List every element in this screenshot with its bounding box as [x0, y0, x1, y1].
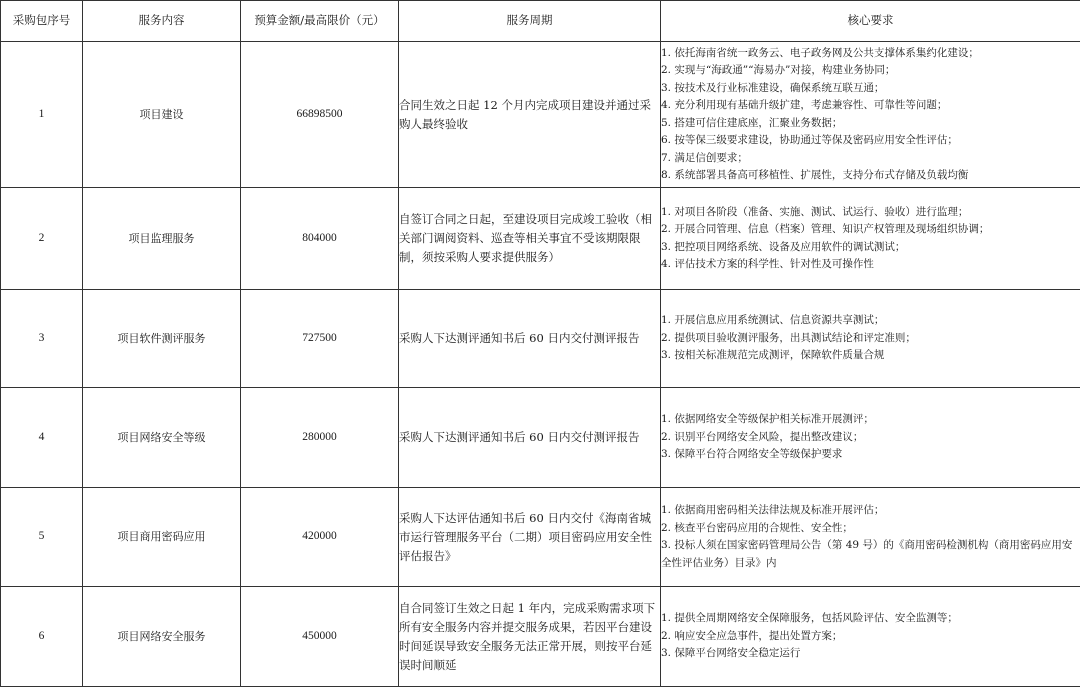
table-row: 4 项目网络安全等级 280000 采购人下达测评通知书后 60 日内交付测评报…	[1, 388, 1080, 488]
requirement-item: 1. 对项目各阶段（准备、实施、测试、试运行、验收）进行监理；	[661, 204, 1080, 222]
requirement-item: 7. 满足信创要求；	[661, 150, 1080, 168]
requirement-item: 3. 保障平台网络安全稳定运行	[661, 645, 1080, 663]
cell-core-requirements: 1. 依据网络安全等级保护相关标准开展测评； 2. 识别平台网络安全风险，提出整…	[661, 388, 1080, 488]
table-row: 5 项目商用密码应用 420000 采购人下达评估通知书后 60 日内交付《海南…	[1, 488, 1080, 587]
cell-budget: 450000	[241, 587, 399, 687]
cell-service-content: 项目建设	[83, 42, 241, 188]
requirement-item: 6. 按等保三级要求建设，协助通过等保及密码应用安全性评估；	[661, 132, 1080, 150]
requirement-item: 2. 实现与“海政通”“海易办”对接，构建业务协同；	[661, 62, 1080, 80]
header-core-requirements: 核心要求	[661, 1, 1080, 42]
requirement-item: 2. 提供项目验收测评服务，出具测试结论和评定准则；	[661, 330, 1080, 348]
cell-service-period: 采购人下达评估通知书后 60 日内交付《海南省城市运行管理服务平台（二期）项目密…	[399, 488, 661, 587]
cell-core-requirements: 1. 依据商用密码相关法律法规及标准开展评估； 2. 核查平台密码应用的合规性、…	[661, 488, 1080, 587]
cell-service-period: 自签订合同之日起，至建设项目完成竣工验收（相关部门调阅资料、巡查等相关事宜不受该…	[399, 188, 661, 290]
table-row: 1 项目建设 66898500 合同生效之日起 12 个月内完成项目建设并通过采…	[1, 42, 1080, 188]
table-header-row: 采购包序号 服务内容 预算金额/最高限价（元） 服务周期 核心要求	[1, 1, 1080, 42]
requirement-item: 1. 依据商用密码相关法律法规及标准开展评估；	[661, 502, 1080, 520]
requirement-item: 2. 响应安全应急事件，提出处置方案；	[661, 628, 1080, 646]
table-row: 6 项目网络安全服务 450000 自合同签订生效之日起 1 年内，完成采购需求…	[1, 587, 1080, 687]
table-row: 2 项目监理服务 804000 自签订合同之日起，至建设项目完成竣工验收（相关部…	[1, 188, 1080, 290]
requirement-item: 2. 开展合同管理、信息（档案）管理、知识产权管理及现场组织协调；	[661, 221, 1080, 239]
requirement-item: 1. 提供全周期网络安全保障服务，包括风险评估、安全监测等；	[661, 610, 1080, 628]
requirement-item: 1. 开展信息应用系统测试、信息资源共享测试；	[661, 312, 1080, 330]
requirement-item: 1. 依托海南省统一政务云、电子政务网及公共支撑体系集约化建设；	[661, 45, 1080, 63]
cell-service-period: 合同生效之日起 12 个月内完成项目建设并通过采购人最终验收	[399, 42, 661, 188]
cell-package-no: 5	[1, 488, 83, 587]
header-service-content: 服务内容	[83, 1, 241, 42]
requirement-item: 3. 投标人须在国家密码管理局公告（第 49 号）的《商用密码检测机构（商用密码…	[661, 537, 1080, 572]
procurement-table: 采购包序号 服务内容 预算金额/最高限价（元） 服务周期 核心要求 1 项目建设…	[0, 0, 1080, 687]
requirement-item: 4. 评估技术方案的科学性、针对性及可操作性	[661, 256, 1080, 274]
cell-core-requirements: 1. 依托海南省统一政务云、电子政务网及公共支撑体系集约化建设； 2. 实现与“…	[661, 42, 1080, 188]
header-budget: 预算金额/最高限价（元）	[241, 1, 399, 42]
cell-budget: 66898500	[241, 42, 399, 188]
cell-core-requirements: 1. 提供全周期网络安全保障服务，包括风险评估、安全监测等； 2. 响应安全应急…	[661, 587, 1080, 687]
header-service-period: 服务周期	[399, 1, 661, 42]
table-row: 3 项目软件测评服务 727500 采购人下达测评通知书后 60 日内交付测评报…	[1, 290, 1080, 388]
header-package-no: 采购包序号	[1, 1, 83, 42]
cell-package-no: 6	[1, 587, 83, 687]
cell-package-no: 2	[1, 188, 83, 290]
cell-core-requirements: 1. 对项目各阶段（准备、实施、测试、试运行、验收）进行监理； 2. 开展合同管…	[661, 188, 1080, 290]
cell-budget: 727500	[241, 290, 399, 388]
cell-service-content: 项目软件测评服务	[83, 290, 241, 388]
requirement-item: 1. 依据网络安全等级保护相关标准开展测评；	[661, 411, 1080, 429]
cell-budget: 280000	[241, 388, 399, 488]
cell-package-no: 1	[1, 42, 83, 188]
requirement-item: 2. 核查平台密码应用的合规性、安全性；	[661, 520, 1080, 538]
cell-service-period: 采购人下达测评通知书后 60 日内交付测评报告	[399, 388, 661, 488]
requirement-item: 3. 保障平台符合网络安全等级保护要求	[661, 446, 1080, 464]
cell-service-period: 自合同签订生效之日起 1 年内，完成采购需求项下所有安全服务内容并提交服务成果，…	[399, 587, 661, 687]
requirement-item: 5. 搭建可信住建底座，汇聚业务数据；	[661, 115, 1080, 133]
requirement-item: 3. 把控项目网络系统、设备及应用软件的调试测试；	[661, 239, 1080, 257]
cell-service-content: 项目商用密码应用	[83, 488, 241, 587]
cell-budget: 420000	[241, 488, 399, 587]
cell-package-no: 4	[1, 388, 83, 488]
cell-service-content: 项目网络安全服务	[83, 587, 241, 687]
requirement-item: 2. 识别平台网络安全风险，提出整改建议；	[661, 429, 1080, 447]
cell-service-content: 项目网络安全等级	[83, 388, 241, 488]
cell-budget: 804000	[241, 188, 399, 290]
cell-service-period: 采购人下达测评通知书后 60 日内交付测评报告	[399, 290, 661, 388]
requirement-item: 8. 系统部署具备高可移植性、扩展性，支持分布式存储及负载均衡	[661, 167, 1080, 185]
requirement-item: 3. 按技术及行业标准建设，确保系统互联互通；	[661, 80, 1080, 98]
requirement-item: 3. 按相关标准规范完成测评，保障软件质量合规	[661, 347, 1080, 365]
requirement-item: 4. 充分利用现有基础升级扩建，考虑兼容性、可靠性等问题；	[661, 97, 1080, 115]
cell-core-requirements: 1. 开展信息应用系统测试、信息资源共享测试； 2. 提供项目验收测评服务，出具…	[661, 290, 1080, 388]
cell-service-content: 项目监理服务	[83, 188, 241, 290]
cell-package-no: 3	[1, 290, 83, 388]
